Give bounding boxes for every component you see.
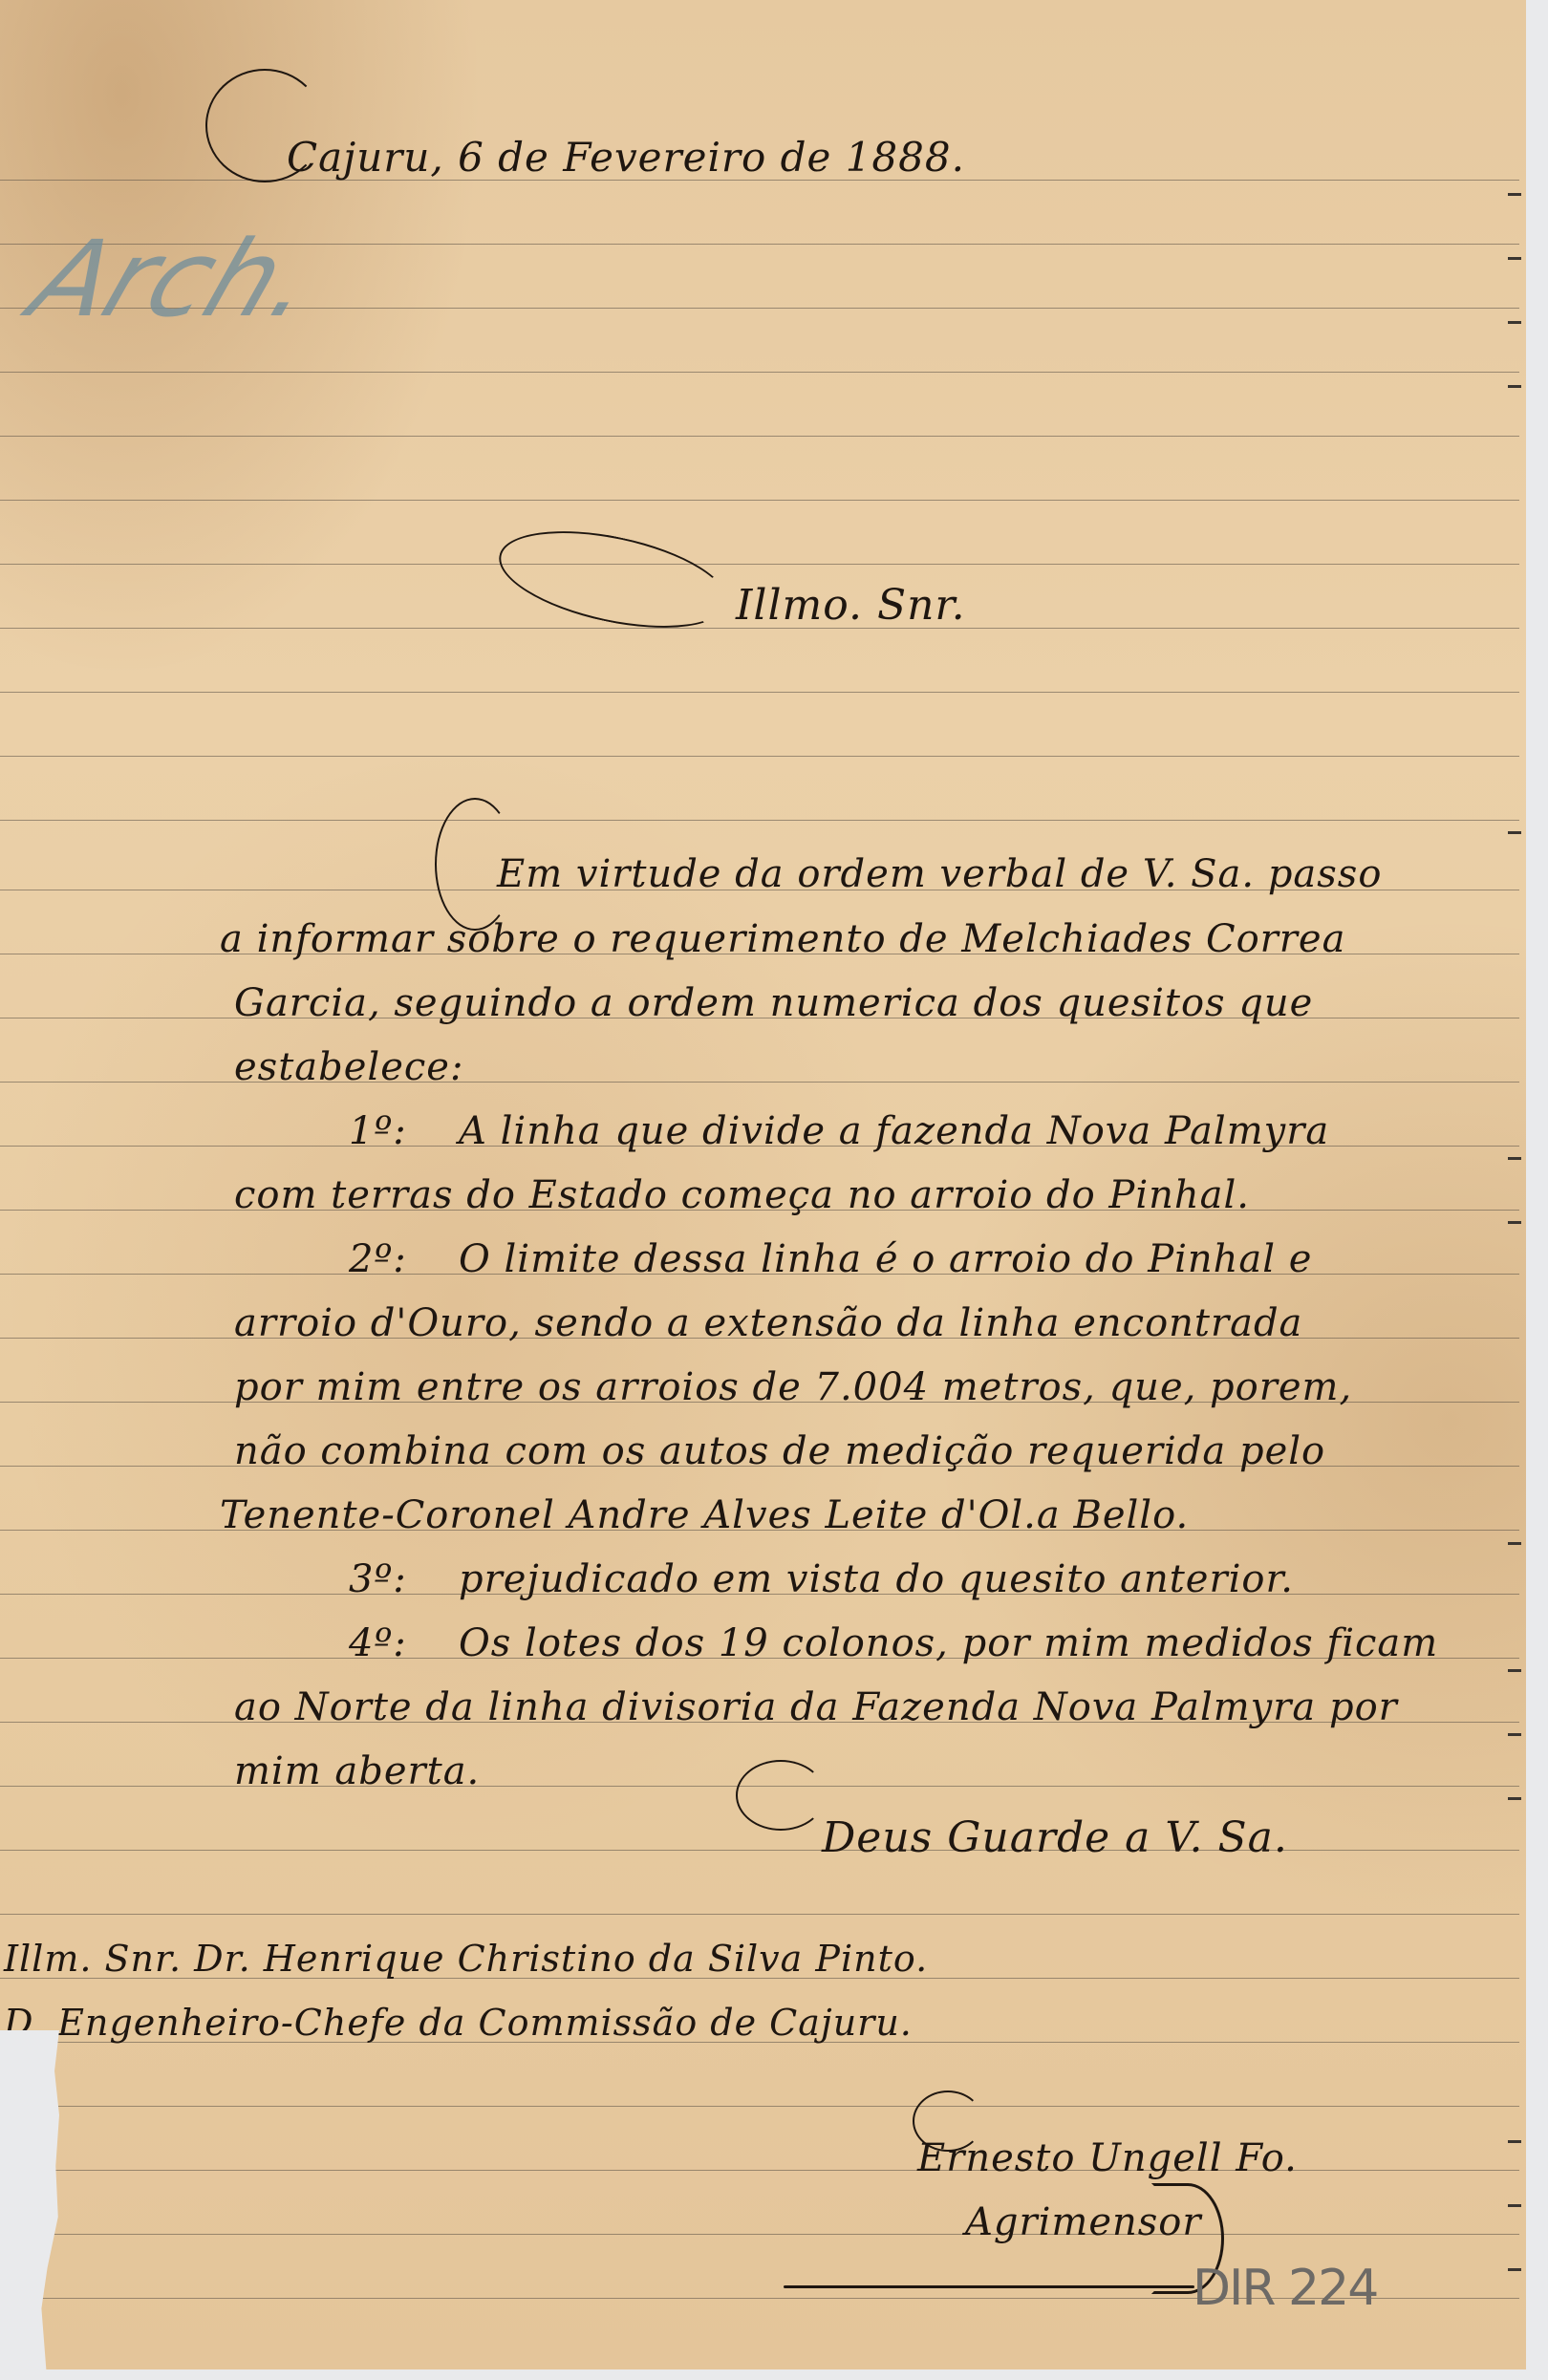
item-2-line-5: Tenente-Coronel Andre Alves Leite d'Ol.a… <box>220 1493 1189 1537</box>
item-2-number: 2º: <box>349 1237 407 1281</box>
document-page: Cajuru, 6 de Fevereiro de 1888. Arch. Il… <box>0 0 1526 2369</box>
salutation: Illmo. Snr. <box>736 581 966 630</box>
item-1-line-1: A linha que divide a fazenda Nova Palmyr… <box>459 1109 1329 1153</box>
signature-underline <box>784 2285 1194 2288</box>
item-2-line-3: por mim entre os arroios de 7.004 metros… <box>234 1365 1352 1409</box>
item-4-line-2: ao Norte da linha divisoria da Fazenda N… <box>234 1685 1398 1729</box>
item-3-line-1: prejudicado em vista do quesito anterior… <box>459 1557 1294 1601</box>
item-2-line-2: arroio d'Ouro, sendo a extensão da linha… <box>234 1301 1302 1345</box>
item-1-line-2: com terras do Estado começa no arroio do… <box>234 1173 1250 1217</box>
salutation-flourish <box>490 514 736 646</box>
addressee-line-1: Illm. Snr. Dr. Henrique Christino da Sil… <box>4 1938 928 1980</box>
item-4-line-1: Os lotes dos 19 colonos, por mim medidos… <box>459 1621 1438 1665</box>
item-1-number: 1º: <box>349 1109 407 1153</box>
body-line-4: estabelece: <box>234 1045 463 1089</box>
item-2-line-1: O limite dessa linha é o arroio do Pinha… <box>459 1237 1312 1281</box>
closing: Deus Guarde a V. Sa. <box>822 1813 1288 1862</box>
archive-mark: Arch. <box>16 218 333 340</box>
body-line-1: Em virtude da ordem verbal de V. Sa. pas… <box>497 852 1382 896</box>
item-3-number: 3º: <box>349 1557 407 1601</box>
item-4-number: 4º: <box>349 1621 407 1665</box>
item-2-line-4: não combina com os autos de medição requ… <box>234 1429 1325 1473</box>
body-line-3: Garcia, seguindo a ordem numerica dos qu… <box>234 981 1313 1025</box>
closing-flourish <box>736 1760 826 1831</box>
addressee-line-2: D. Engenheiro-Chefe da Commissão de Caju… <box>4 2002 913 2044</box>
signature-name: Ernesto Ungell Fo. <box>917 2136 1298 2180</box>
place-date: Cajuru, 6 de Fevereiro de 1888. <box>287 134 965 181</box>
catalog-mark: DIR 224 <box>1193 2260 1377 2317</box>
item-4-line-3: mim aberta. <box>234 1749 480 1793</box>
body-line-2: a informar sobre o requerimento de Melch… <box>220 917 1345 961</box>
